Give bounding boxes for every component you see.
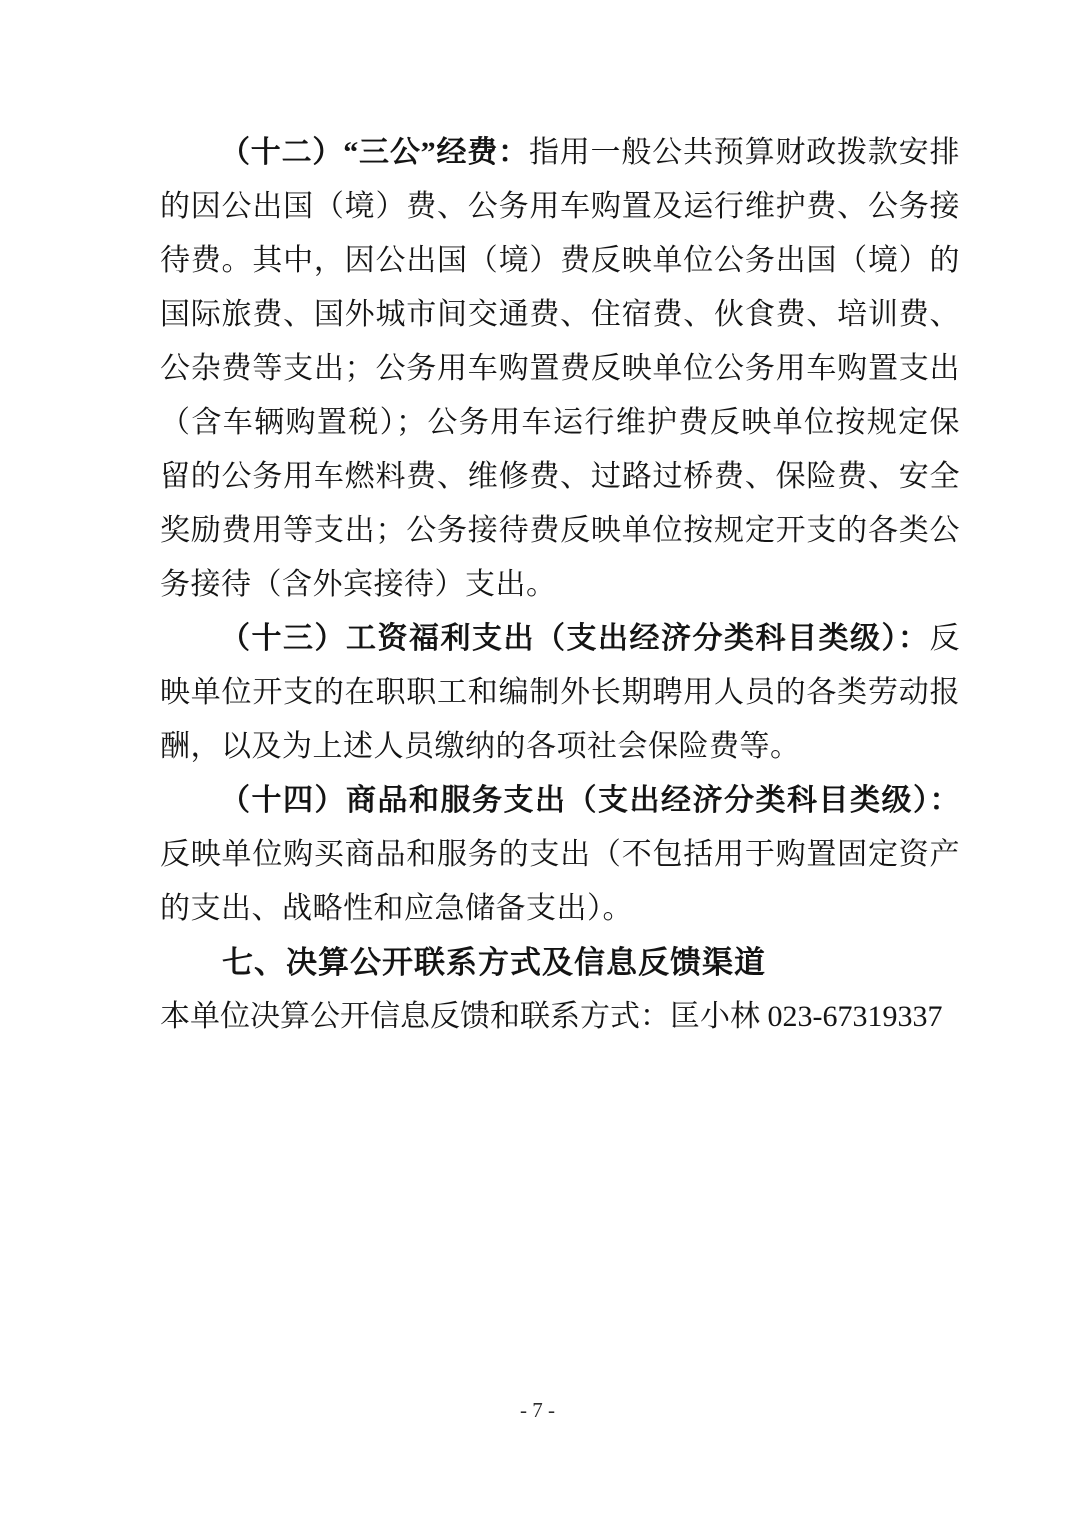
paragraph-item-13: （十三）工资福利支出（支出经济分类科目类级）：反映单位开支的在职职工和编制外长期… <box>160 612 960 774</box>
paragraph-item-12: （十二）“三公”经费：指用一般公共预算财政拨款安排的因公出国（境）费、公务用车购… <box>160 126 960 612</box>
paragraph-12-body: 指用一般公共预算财政拨款安排的因公出国（境）费、公务用车购置及运行维护费、公务接… <box>160 136 960 601</box>
paragraph-14-lead: （十四）商品和服务支出（支出经济分类科目类级）： <box>220 784 960 817</box>
page-number: - 7 - <box>0 1396 1075 1424</box>
paragraph-12-lead: （十二）“三公”经费： <box>220 136 529 169</box>
document-page: （十二）“三公”经费：指用一般公共预算财政拨款安排的因公出国（境）费、公务用车购… <box>0 0 1075 1520</box>
paragraph-item-14: （十四）商品和服务支出（支出经济分类科目类级）：反映单位购买商品和服务的支出（不… <box>160 774 960 936</box>
paragraph-14-body: 反映单位购买商品和服务的支出（不包括用于购置固定资产的支出、战略性和应急储备支出… <box>160 838 960 925</box>
paragraph-13-lead: （十三）工资福利支出（支出经济分类科目类级）： <box>220 622 930 655</box>
section-heading-7: 七、决算公开联系方式及信息反馈渠道 <box>160 936 960 990</box>
contact-line: 本单位决算公开信息反馈和联系方式：匡小林 023-67319337 <box>160 990 960 1044</box>
document-body: （十二）“三公”经费：指用一般公共预算财政拨款安排的因公出国（境）费、公务用车购… <box>160 126 960 1044</box>
